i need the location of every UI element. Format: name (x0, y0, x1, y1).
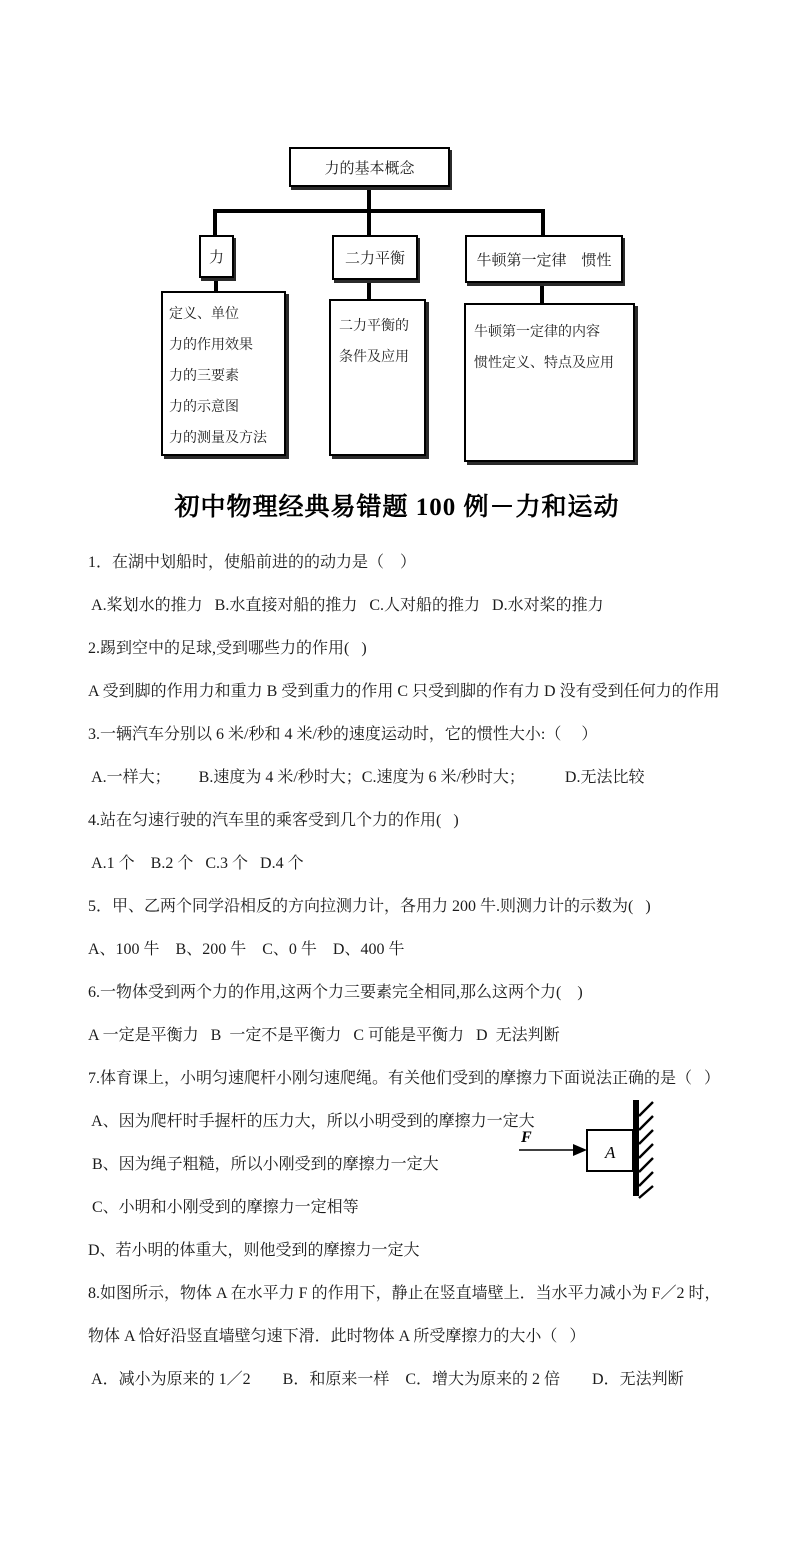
question-options: A.桨划水的推力 B.水直接对船的推力 C.人对船的推力 D.水对桨的推力 (88, 584, 748, 627)
branch-label: 力 (209, 246, 224, 267)
question-3: 3.一辆汽车分别以 6 米/秒和 4 米/秒的速度运动时，它的惯性大小:（ ） … (88, 713, 748, 799)
figure-svg: A F (505, 1092, 670, 1204)
connector-line (367, 187, 371, 211)
leaf-box-balance-details: 二力平衡的 条件及应用 (329, 299, 426, 456)
leaf-line: 力的示意图 (169, 392, 278, 423)
question-list: 1．在湖中划船时，使船前进的的动力是（ ） A.桨划水的推力 B.水直接对船的推… (88, 541, 748, 1401)
connector-line (367, 209, 371, 236)
question-5: 5．甲、乙两个同学沿相反的方向拉测力计，各用力 200 牛.则测力计的示数为( … (88, 885, 748, 971)
question-options: A.一样大； B.速度为 4 米/秒时大；C.速度为 6 米/秒时大； D.无法… (88, 756, 748, 799)
concept-root-box: 力的基本概念 (289, 147, 450, 187)
question-8: 8.如图所示，物体 A 在水平力 F 的作用下，静止在竖直墙壁上．当水平力减小为… (88, 1272, 748, 1401)
connector-line (214, 276, 218, 292)
branch-label: 牛顿第一定律 惯性 (476, 249, 611, 270)
leaf-line: 力的测量及方法 (169, 423, 278, 454)
question-options: A 受到脚的作用力和重力 B 受到重力的作用 C 只受到脚的作有力 D 没有受到… (88, 670, 748, 713)
question-options: A．减小为原来的 1／2 B．和原来一样 C．增大为原来的 2 倍 D．无法判断 (88, 1358, 748, 1401)
branch-box-balance: 二力平衡 (332, 235, 418, 280)
question-options: A.1 个 B.2 个 C.3 个 D.4 个 (88, 842, 748, 885)
question-stem: 3.一辆汽车分别以 6 米/秒和 4 米/秒的速度运动时，它的惯性大小:（ ） (88, 713, 748, 756)
leaf-line: 牛顿第一定律的内容 (474, 317, 625, 348)
force-label: F (520, 1129, 532, 1146)
leaf-line: 惯性定义、特点及应用 (474, 348, 625, 379)
connector-line (541, 209, 545, 236)
question-option-d: D、若小明的体重大，则他受到的摩擦力一定大 (88, 1229, 748, 1272)
connector-line (213, 209, 217, 236)
question-stem: 8.如图所示，物体 A 在水平力 F 的作用下，静止在竖直墙壁上．当水平力减小为… (88, 1272, 748, 1315)
branch-box-newton: 牛顿第一定律 惯性 (465, 235, 623, 283)
question-stem: 物体 A 恰好沿竖直墙壁匀速下滑．此时物体 A 所受摩擦力的大小（ ） (88, 1315, 748, 1358)
question-stem: 5．甲、乙两个同学沿相反的方向拉测力计，各用力 200 牛.则测力计的示数为( … (88, 885, 748, 928)
force-arrow-head (573, 1144, 587, 1156)
block-a-label: A (604, 1143, 616, 1162)
question-stem: 4.站在匀速行驶的汽车里的乘客受到几个力的作用( ) (88, 799, 748, 842)
document-page: 力的基本概念 力 二力平衡 牛顿第一定律 惯性 定义、单位 力的作用效果 力的三… (0, 0, 794, 1556)
leaf-line: 条件及应用 (339, 342, 416, 373)
question-4: 4.站在匀速行驶的汽车里的乘客受到几个力的作用( ) A.1 个 B.2 个 C… (88, 799, 748, 885)
wall-hatching (639, 1102, 653, 1198)
question-stem: 6.一物体受到两个力的作用,这两个力三要素完全相同,那么这两个力( ) (88, 971, 748, 1014)
connector-line (213, 209, 545, 213)
branch-label: 二力平衡 (345, 247, 405, 268)
question-stem: 2.踢到空中的足球,受到哪些力的作用( ) (88, 627, 748, 670)
question-1: 1．在湖中划船时，使船前进的的动力是（ ） A.桨划水的推力 B.水直接对船的推… (88, 541, 748, 627)
leaf-line: 力的作用效果 (169, 330, 278, 361)
block-on-wall-figure: A F (505, 1092, 670, 1209)
connector-line (540, 281, 544, 304)
leaf-line: 定义、单位 (169, 299, 278, 330)
concept-root-label: 力的基本概念 (324, 157, 414, 178)
branch-box-force: 力 (199, 235, 234, 278)
question-options: A 一定是平衡力 B 一定不是平衡力 C 可能是平衡力 D 无法判断 (88, 1014, 748, 1057)
leaf-line: 力的三要素 (169, 361, 278, 392)
question-stem: 1．在湖中划船时，使船前进的的动力是（ ） (88, 541, 748, 584)
question-options: A、100 牛 B、200 牛 C、0 牛 D、400 牛 (88, 928, 748, 971)
leaf-box-newton-details: 牛顿第一定律的内容 惯性定义、特点及应用 (464, 303, 635, 462)
connector-line (367, 278, 371, 300)
question-2: 2.踢到空中的足球,受到哪些力的作用( ) A 受到脚的作用力和重力 B 受到重… (88, 627, 748, 713)
page-title: 初中物理经典易错题 100 例－力和运动 (0, 487, 794, 523)
leaf-box-force-details: 定义、单位 力的作用效果 力的三要素 力的示意图 力的测量及方法 (161, 291, 286, 456)
question-6: 6.一物体受到两个力的作用,这两个力三要素完全相同,那么这两个力( ) A 一定… (88, 971, 748, 1057)
leaf-line: 二力平衡的 (339, 311, 416, 342)
